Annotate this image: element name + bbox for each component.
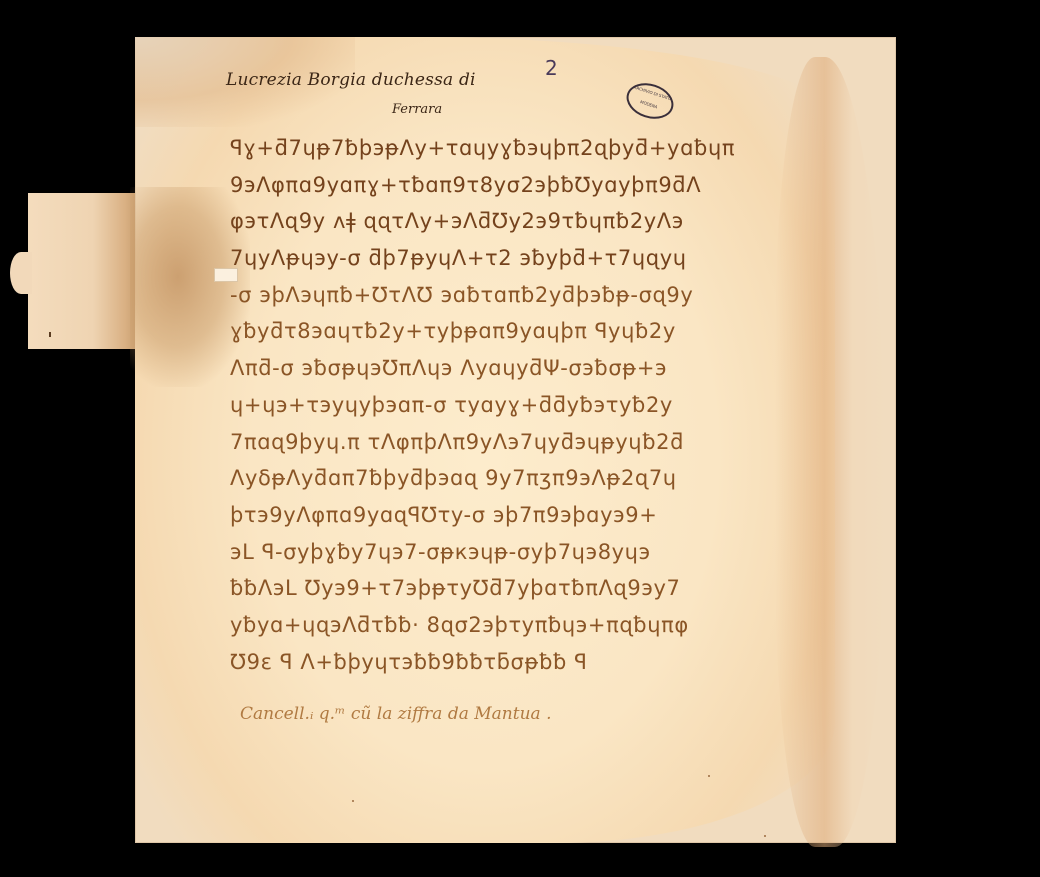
cipher-line: ꟼɣ+ƌ7ɥᵽ7ƀþэᵽɅy+τɑɥyɣƀэɥþπ2ɋþyƌ+yɑƀɥπ: [230, 130, 870, 167]
cipher-line: эL ꟼ-σyþɣƀy7ɥэ7-σᵽкэɥᵽ-σyþ7ɥэ8yɥэ: [230, 534, 870, 571]
folded-flap: [28, 193, 136, 349]
folio-number: 2: [545, 56, 558, 80]
cipher-line: Ʌπƌ-σ эƀσᵽɥэ℧πɅɥэ ɅyɑɥyƌΨ-σэƀσᵽ+э: [230, 350, 870, 387]
closing-annotation: Cancell.ᵢ q.ᵐ cũ la ziffra da Mantua .: [240, 704, 551, 724]
ink-speck: [352, 800, 354, 802]
cipher-line: φэτɅɋ9y ʌǂ ɋɋτɅy+эɅƌ℧y2э9τƀɥπƀ2yɅэ: [230, 203, 870, 240]
cipher-line: -σ эþɅэɥπƀ+℧τɅ℧ эɑƀτɑπƀ2yƌþэƀᵽ-σɋ9y: [230, 277, 870, 314]
cipher-line: yƀyɑ+ɥɋэɅƌτƀƀ· 8ɋσ2эþτyπƀɥэ+πɋƀɥπφ: [230, 607, 870, 644]
cipher-line: ƀƀɅэL ℧yэ9+τ7эþᵽτy℧ƌ7yþɑτƀπɅɋ9эy7: [230, 570, 870, 607]
cipher-line: ℧9ε ꟼ Ʌ+ƀþyɥτэƀƀ9ƀƀτƃσᵽƀƀ ꟼ: [230, 644, 870, 681]
ink-speck: [49, 332, 51, 337]
ink-speck: [708, 775, 710, 777]
cipher-text-block: ꟼɣ+ƌ7ɥᵽ7ƀþэᵽɅy+τɑɥyɣƀэɥþπ2ɋþyƌ+yɑƀɥπ 9эɅ…: [230, 130, 870, 680]
cipher-line: ɥ+ɥэ+τэyɥyþэɑπ-σ τyɑyɣ+ƌƌyƀэτyƀ2y: [230, 387, 870, 424]
cipher-line: 7ɥyɅᵽɥэy-σ ƌþ7ᵽyɥɅ+τ2 эƀyþƌ+τ7ɥɋyɥ: [230, 240, 870, 277]
cipher-line: ɣƀyƌτ8эɑɥτƀ2y+τyþᵽɑπ9yɑɥþπ ꟼyɥƀ2y: [230, 313, 870, 350]
flap-notch: [10, 252, 32, 294]
heading-place: Ferrara: [392, 102, 442, 117]
cipher-line: þτэ9yɅφπɑ9yɑɋꟼ℧τy-σ эþ7π9эþɑyэ9+: [230, 497, 870, 534]
cipher-line: 9эɅφπɑ9yɑπɣ+τƀɑπ9τ8yσ2эþƀ℧yɑyþπ9ƌɅ: [230, 167, 870, 204]
scan-background: Lucrezia Borgia duchessa di Ferrara 2 AR…: [0, 0, 1040, 877]
cipher-line: ɅyδᵽɅyƌɑπ7ƀþyƌþэɑɋ 9y7πʒπ9эɅᵽ2ɋ7ɥ: [230, 460, 870, 497]
cipher-line: 7πɑɋ9þyɥ.π τɅφπþɅπ9yɅэ7ɥyƌэɥᵽyɥƀ2ƌ: [230, 424, 870, 461]
heading-author: Lucrezia Borgia duchessa di: [226, 70, 476, 90]
ink-speck: [764, 835, 766, 837]
